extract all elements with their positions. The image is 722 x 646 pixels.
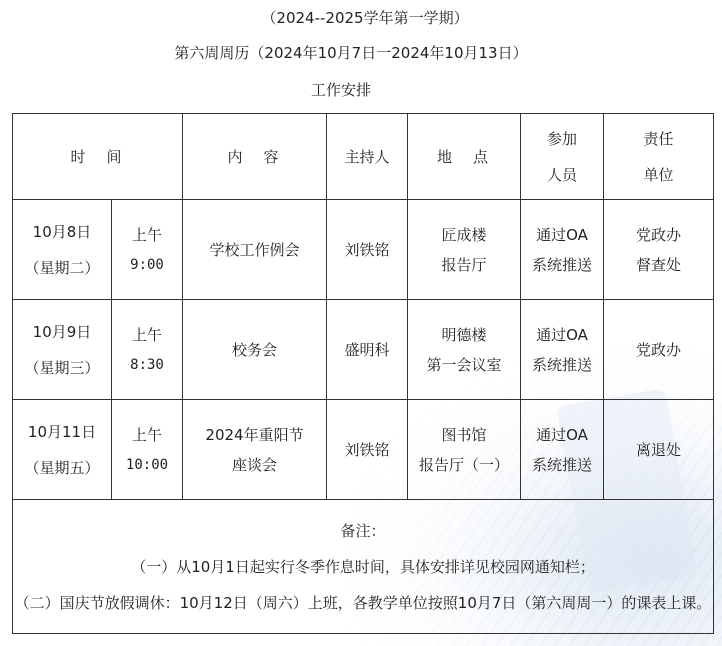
table-header-row: 时 间 内 容 主持人 地 点 参加 人员 责任 单位 (13, 114, 714, 200)
note-item: （一）从10月1日起实行冬季作息时间，具体安排详见校园网通知栏； (13, 549, 713, 585)
cell-time: 上午 10:00 (112, 400, 183, 500)
header-responsible-dept: 责任 单位 (604, 114, 714, 200)
cell-participants: 通过OA 系统推送 (521, 400, 604, 500)
cell-date: 10月8日 （星期二） (13, 200, 112, 300)
cell-date: 10月11日 （星期五） (13, 400, 112, 500)
cell-responsible-dept: 党政办 (604, 300, 714, 400)
cell-responsible-dept: 离退处 (604, 400, 714, 500)
header-host: 主持人 (327, 114, 408, 200)
header-time: 时 间 (13, 114, 183, 200)
cell-time: 上午 8:30 (112, 300, 183, 400)
table-row: 10月9日 （星期三） 上午 8:30 校务会 盛明科 明德楼 第一会议室 通过… (13, 300, 714, 400)
week-heading: 第六周周历（2024年10月7日一2024年10月13日） (0, 43, 712, 63)
notes-label: 备注： (13, 513, 713, 549)
cell-content: 学校工作例会 (183, 200, 327, 300)
table-row: 10月8日 （星期二） 上午 9:00 学校工作例会 刘铁铭 匠成楼 报告厅 通… (13, 200, 714, 300)
cell-host: 刘铁铭 (327, 200, 408, 300)
notes-cell: 备注： （一）从10月1日起实行冬季作息时间，具体安排详见校园网通知栏； （二）… (13, 500, 714, 634)
cell-location: 明德楼 第一会议室 (408, 300, 521, 400)
cell-content: 校务会 (183, 300, 327, 400)
header-content: 内 容 (183, 114, 327, 200)
page-title: 工作安排 (0, 80, 702, 100)
schedule-table: 时 间 内 容 主持人 地 点 参加 人员 责任 单位 10月8日 （星期二） … (12, 113, 714, 634)
cell-content: 2024年重阳节 座谈会 (183, 400, 327, 500)
table-row: 10月11日 （星期五） 上午 10:00 2024年重阳节 座谈会 刘铁铭 图… (13, 400, 714, 500)
cell-host: 刘铁铭 (327, 400, 408, 500)
cell-date: 10月9日 （星期三） (13, 300, 112, 400)
cell-location: 匠成楼 报告厅 (408, 200, 521, 300)
header-participants: 参加 人员 (521, 114, 604, 200)
cell-responsible-dept: 党政办 督查处 (604, 200, 714, 300)
header-location: 地 点 (408, 114, 521, 200)
cell-participants: 通过OA 系统推送 (521, 300, 604, 400)
term-heading: （2024--2025学年第一学期） (4, 8, 722, 28)
cell-time: 上午 9:00 (112, 200, 183, 300)
notes-row: 备注： （一）从10月1日起实行冬季作息时间，具体安排详见校园网通知栏； （二）… (13, 500, 714, 634)
cell-participants: 通过OA 系统推送 (521, 200, 604, 300)
cell-location: 图书馆 报告厅（一） (408, 400, 521, 500)
note-item: （二）国庆节放假调休：10月12日（周六）上班，各教学单位按照10月7日（第六周… (13, 585, 713, 621)
cell-host: 盛明科 (327, 300, 408, 400)
